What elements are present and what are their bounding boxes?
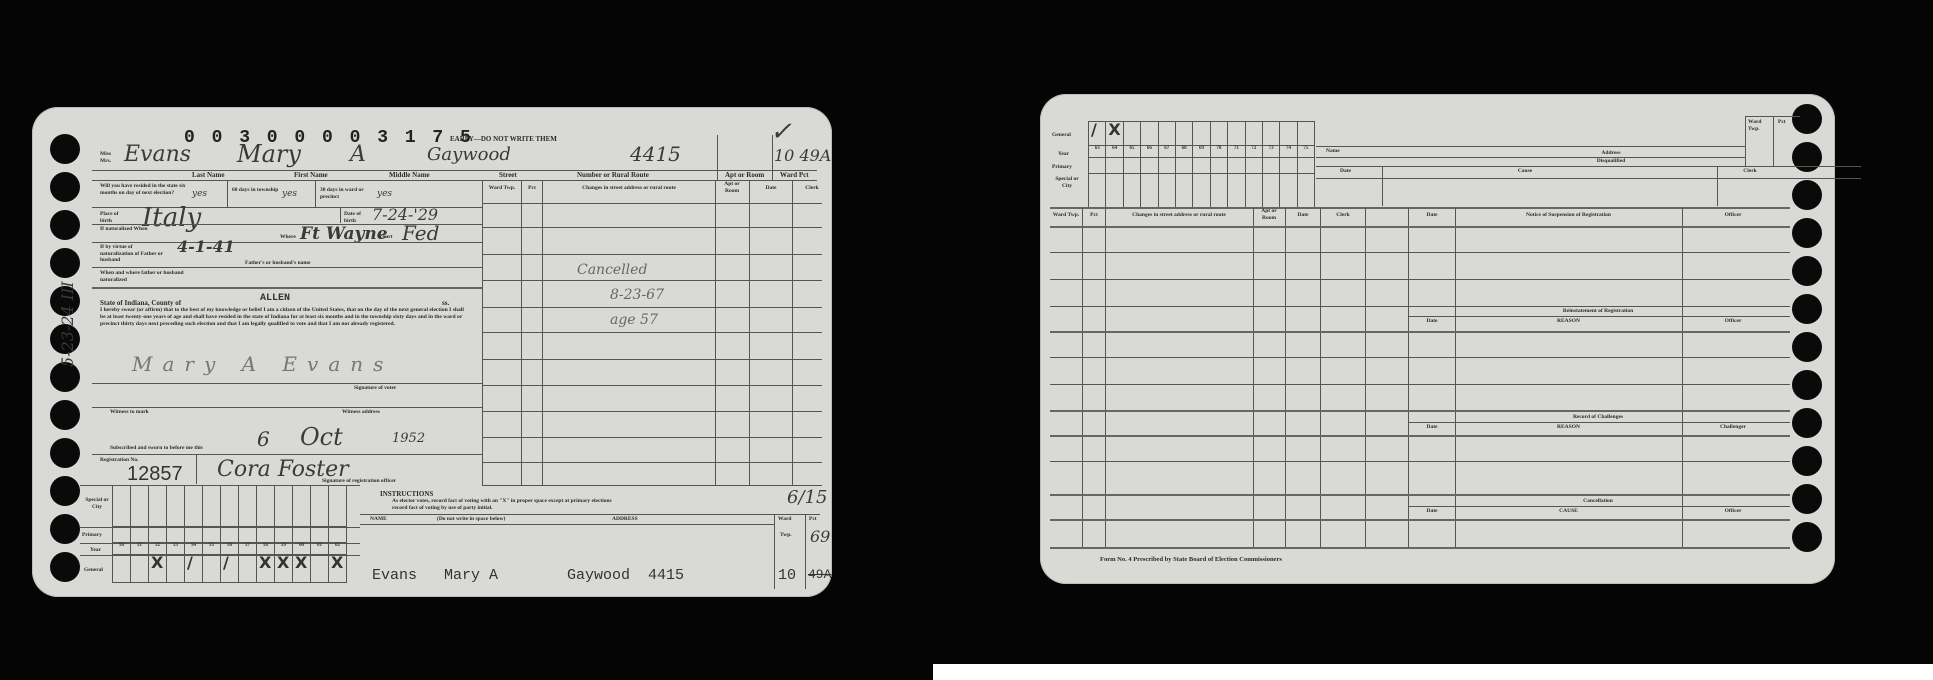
apt-label: Apt or Room [725,171,764,179]
county-value: ALLEN [260,293,290,304]
middle-name-label: Middle Name [389,171,430,179]
divider [1316,178,1861,179]
general-cell: / [1089,122,1106,146]
footer-ward-label: Ward [778,516,791,523]
date-of-birth-label: Date of birth [344,211,368,224]
vote-mark: X [295,553,307,572]
divider [92,180,817,181]
divider [1253,207,1254,547]
back-address-label: Address [1316,150,1746,157]
general-cell [131,555,149,583]
front-card: 5-23-24 III 0 0 3 0 0 0 0 3 1 7 5 EARLY—… [32,107,832,597]
back-clerk-label: Clerk [1720,168,1780,175]
grid-cell [131,527,149,543]
vote-mark: X [331,553,343,572]
grid-cell [203,485,221,527]
grid-cell [149,527,167,543]
pct-arrow-handwritten: 69 [810,527,830,546]
back-date-label: Date [1340,168,1351,175]
divider [1745,116,1800,117]
witness-address-label: Witness address [342,409,380,416]
divider [360,514,820,515]
grid-cell [167,527,185,543]
oath-text: I hereby swear (or affirm) that to the b… [100,307,470,328]
divider [482,462,822,463]
grid-label-general: General [84,567,103,574]
vote-mark: X [277,553,289,572]
changes-header-apt: Apt or Room [717,181,747,194]
street-value: Gaywood [427,144,511,165]
divider [482,203,822,204]
divider [1050,384,1790,385]
grid-cell [149,485,167,527]
year-cell: 68 [1176,146,1193,158]
court-label: court [380,234,393,241]
punch-hole [1792,332,1822,362]
divider [1682,207,1683,547]
punch-hole [1792,104,1822,134]
challenges-header-date: Date [1410,424,1454,431]
punch-hole [50,552,80,582]
divider [482,307,822,308]
back-grid-label-special: Special or City [1052,176,1082,189]
changes-note-age: age 57 [610,312,658,328]
divider [1408,422,1790,423]
grid-cell [1141,174,1158,208]
grid-cell [1280,174,1297,208]
punch-hole [1792,218,1822,248]
grid-cell [1263,174,1280,208]
divider [1316,166,1861,167]
grid-cell [239,527,257,543]
suspension-header-notice: Notice of Suspension of Registration [1456,212,1681,219]
challenges-title: Record of Challenges [1408,414,1788,421]
signature-officer-label: Signature of registration officer [322,478,396,485]
reinstatement-header-reason: REASON [1456,318,1681,325]
grid-cell [311,485,329,527]
reinstatement-header-date: Date [1410,318,1454,325]
challenges-header-reason: REASON [1456,424,1681,431]
general-cell [1211,122,1228,146]
instructions-line1: As elector votes, record fact of voting … [392,498,612,505]
changes-header-ward: Ward Twp. [484,185,520,192]
ward-pct-label: Ward Pct [780,171,809,179]
year-cell: 74 [1280,146,1297,158]
grid-cell [1228,158,1245,174]
year-cell: 65 [1124,146,1141,158]
general-cell [1141,122,1158,146]
divider [1050,357,1790,358]
grid-cell [293,485,311,527]
sworn-day: 6 [257,427,270,451]
divider [1408,506,1790,507]
back-changes-header-clerk: Clerk [1321,212,1365,219]
back-cause-label: Cause [1385,168,1665,175]
resided-state-label: Will you have resided in the state six m… [100,183,190,196]
punch-hole [50,172,80,202]
back-grid-label-general: General [1052,132,1071,139]
grid-cell [311,527,329,543]
divider [1050,207,1790,209]
days60-value: yes [282,189,297,199]
divider [774,514,775,589]
divider [1320,207,1321,547]
divider [1050,410,1790,412]
naturalized-when-value: 4-1-41 [177,237,235,256]
changes-note-date: 8-23-67 [610,287,664,303]
reinstatement-title: Reinstatement of Registration [1408,308,1788,315]
year-cell: 57 [239,543,257,555]
instructions-line2: record fact of voting by use of party in… [392,505,493,512]
divider [1745,116,1746,166]
cancellation-title: Cancellation [1408,498,1788,505]
grid-cell [1263,158,1280,174]
back-changes-header-date: Date [1286,212,1320,219]
changes-header-address: Changes in street address or rural route [544,185,714,192]
serial-suffix: EARLY—DO NOT WRITE THEM [450,135,557,143]
challenges-header-challenger: Challenger [1683,424,1783,431]
general-cell [113,555,131,583]
oath-ss: ss. [442,299,449,307]
year-cell: 50 [113,543,131,555]
divider [1316,146,1746,147]
grid-cell [203,527,221,543]
general-cell: / [185,555,203,583]
divider [1717,166,1718,206]
divider [482,254,822,255]
divider [1050,226,1790,228]
divider [482,385,822,386]
changes-header-date: Date [750,185,792,192]
grid-cell [329,527,347,543]
divider [227,180,228,207]
year-cell: 51 [131,543,149,555]
days30-label: 30 days in ward or precinct [320,187,375,200]
when-where-father-label: When and where father or husband natural… [100,270,200,283]
divider [717,135,718,180]
vote-mark: X [259,553,271,572]
general-cell: X [329,555,347,583]
grid-cell [1211,174,1228,208]
divider [805,514,806,589]
grid-cell [239,485,257,527]
footer-pct-label: Pct [809,516,817,523]
changes-header-pct: Pct [522,185,542,192]
footer-address-label: ADDRESS [612,516,638,523]
grid-cell [113,527,131,543]
divider [1050,331,1790,333]
grid-cell [221,527,239,543]
general-cell [1280,122,1297,146]
divider [1382,166,1383,206]
year-cell: 75 [1298,146,1315,158]
back-ward-twp-label: Ward Twp. [1748,119,1770,132]
vote-mark: X [151,553,163,572]
general-cell [1176,122,1193,146]
footer-name-label: NAME [370,516,387,523]
back-changes-header-pct: Pct [1084,212,1104,219]
divider [92,267,482,268]
vote-mark: / [187,553,193,572]
grid-cell [1176,174,1193,208]
by-virtue-label: If by virtue of naturalization of Father… [100,244,165,264]
footer-twp-label: Twp. [780,532,792,539]
year-cell: 61 [311,543,329,555]
grid-cell [275,485,293,527]
grid-cell [1193,158,1210,174]
divider [92,242,482,243]
title-prefix: Miss Mrs. [100,151,122,164]
divider [196,454,197,484]
year-cell: 66 [1141,146,1158,158]
divider [1285,207,1286,547]
footer-typed-name: Evans Mary A [372,567,498,584]
divider [1050,306,1790,307]
divider [1050,279,1790,280]
where-label: Where [280,234,296,241]
grid-label-primary: Primary [82,532,102,539]
oath-state-line: State of Indiana, County of [100,299,181,307]
grid-cell [293,527,311,543]
divider [1050,252,1790,253]
cancellation-header-officer: Officer [1683,508,1783,515]
first-name-value: Mary [237,140,301,168]
punch-hole [1792,294,1822,324]
divider [1105,207,1106,547]
number-value: 4415 [630,142,681,166]
checkmark: ✓ [770,117,792,147]
general-cell [1298,122,1315,146]
punch-hole [50,400,80,430]
grid-cell [1089,174,1106,208]
grid-cell [1246,158,1263,174]
general-cell [1246,122,1263,146]
middle-name-value: A [350,142,366,167]
general-cell [1124,122,1141,146]
general-cell [1263,122,1280,146]
divider [1050,519,1790,521]
divider [482,411,822,412]
general-cell [1159,122,1176,146]
grid-cell [257,527,275,543]
back-card: General Year Primary Special or City / X… [1040,94,1835,584]
punch-hole [1792,142,1822,172]
suspension-header-officer: Officer [1683,212,1783,219]
naturalized-where-value: Ft Wayne [300,224,388,244]
divider [1050,547,1790,549]
general-cell [311,555,329,583]
punch-hole [1792,408,1822,438]
divider [1050,461,1790,462]
punch-hole [1792,370,1822,400]
instructions-title: INSTRUCTIONS [380,490,433,498]
divider [482,359,822,360]
year-cell: 69 [1193,146,1210,158]
grid-cell [329,485,347,527]
vote-mark: / [1091,120,1097,139]
divider [92,407,482,408]
general-cell [239,555,257,583]
grid-cell [185,485,203,527]
divider [315,180,316,207]
pct-new-handwritten: 6/15 [787,487,827,508]
grid-cell [1159,158,1176,174]
first-name-label: First Name [294,171,328,179]
divider [1082,207,1083,547]
grid-cell [167,485,185,527]
general-cell: X [149,555,167,583]
back-changes-header-address: Changes in street address or rural route [1106,212,1252,219]
year-cell: 63 [1089,146,1106,158]
punch-hole [1792,484,1822,514]
back-grid-label-year: Year [1058,151,1069,158]
days30-value: yes [377,189,392,199]
last-name-value: Evans [124,142,191,167]
divider [482,280,822,281]
general-cell: / [221,555,239,583]
grid-cell [275,527,293,543]
general-cell [1228,122,1245,146]
grid-cell [1141,158,1158,174]
divider [1365,207,1366,547]
suspension-header-date: Date [1410,212,1454,219]
grid-cell [1298,174,1315,208]
grid-cell [1124,158,1141,174]
general-cell [167,555,185,583]
margin-note: 5-23-24 III [58,281,77,367]
divider [92,454,482,455]
footer-note-label: (Do not write in space below) [437,516,505,523]
punch-hole [1792,180,1822,210]
street-label: Street [499,171,517,179]
punch-hole [1792,256,1822,286]
punch-hole [50,134,80,164]
divider [482,485,822,486]
divider [92,383,482,384]
general-cell: X [1106,122,1123,146]
year-cell: 55 [203,543,221,555]
year-cell: 70 [1211,146,1228,158]
last-name-label: Last Name [192,171,224,179]
subscribed-label: Subscribed and sworn to before me this [110,445,203,452]
divider [340,207,341,223]
grid-cell [1228,174,1245,208]
divider [1050,494,1790,496]
witness-mark-label: Witness to mark [110,409,149,416]
divider [772,135,773,180]
days60-label: 60 days in township [232,187,280,194]
number-label: Number or Rural Route [577,171,649,179]
footer-typed-ward: 10 [778,567,796,584]
reinstatement-header-officer: Officer [1683,318,1783,325]
signature-voter-label: Signature of voter [354,385,396,392]
changes-header-clerk: Clerk [794,185,830,192]
form-footer: Form No. 4 Prescribed by State Board of … [1100,556,1282,564]
grid-cell [1211,158,1228,174]
grid-cell [257,485,275,527]
back-year-grid: / X 63646566676869707172737475 [1088,121,1315,208]
fathers-name-label: Father's or husband's name [245,260,310,267]
year-cell: 73 [1263,146,1280,158]
grid-cell [1298,158,1315,174]
footer-typed-address: Gaywood 4415 [567,567,684,584]
grid-cell [113,485,131,527]
grid-cell [185,527,203,543]
general-cell: X [293,555,311,583]
grid-cell [1124,174,1141,208]
grid-label-special: Special or City [82,497,112,510]
grid-cell [1176,158,1193,174]
vote-mark: / [223,553,229,572]
cancellation-header-date: Date [1410,508,1454,515]
back-pct-label: Pct [1778,119,1786,126]
punch-hole [1792,522,1822,552]
scan-edge-strip [933,664,1933,680]
naturalized-label: If naturalized When [100,226,220,233]
grid-cell [1159,174,1176,208]
front-year-grid: 50515253545556575859606162 X / / X X X X [112,485,347,583]
divider [1408,207,1409,547]
grid-cell [1246,174,1263,208]
changes-note-cancelled: Cancelled [577,262,647,278]
place-of-birth-label: Place of birth [100,211,130,224]
general-cell [203,555,221,583]
back-changes-header-apt: Apt or Room [1254,208,1284,221]
ward-pct-value: 10 49A [774,146,831,165]
divider [1050,435,1790,437]
grid-cell [1280,158,1297,174]
divider [1773,116,1774,166]
general-cell: X [275,555,293,583]
grid-cell [1089,158,1106,174]
grid-cell [1106,158,1123,174]
registration-number: 12857 [127,463,183,486]
punch-hole [50,476,80,506]
general-cell [1193,122,1210,146]
year-cell: 64 [1106,146,1123,158]
grid-cell [1193,174,1210,208]
general-cell: X [257,555,275,583]
divider [360,524,774,525]
year-cell: 67 [1159,146,1176,158]
divider [92,287,482,289]
year-cell: 53 [167,543,185,555]
grid-cell [221,485,239,527]
grid-cell [131,485,149,527]
punch-hole [1792,446,1822,476]
divider [1455,207,1456,547]
punch-hole [50,248,80,278]
back-disqualified-label: Disqualified [1316,158,1746,165]
back-grid-label-primary: Primary [1052,164,1072,171]
divider [482,227,822,228]
resided-state-value: yes [192,189,207,199]
year-cell: 72 [1246,146,1263,158]
divider [482,332,822,333]
back-changes-header-ward: Ward Twp. [1052,212,1080,219]
year-cell: 71 [1228,146,1245,158]
grid-cell [1106,174,1123,208]
footer-typed-pct: 49A [808,567,831,582]
punch-hole [50,514,80,544]
punch-hole [50,438,80,468]
sworn-year: 1952 [392,431,425,446]
divider [482,437,822,438]
grid-label-year: Year [90,547,101,554]
voter-signature: Mary A Evans [132,352,393,376]
cancellation-header-cause: CAUSE [1456,508,1681,515]
divider [1408,316,1790,317]
